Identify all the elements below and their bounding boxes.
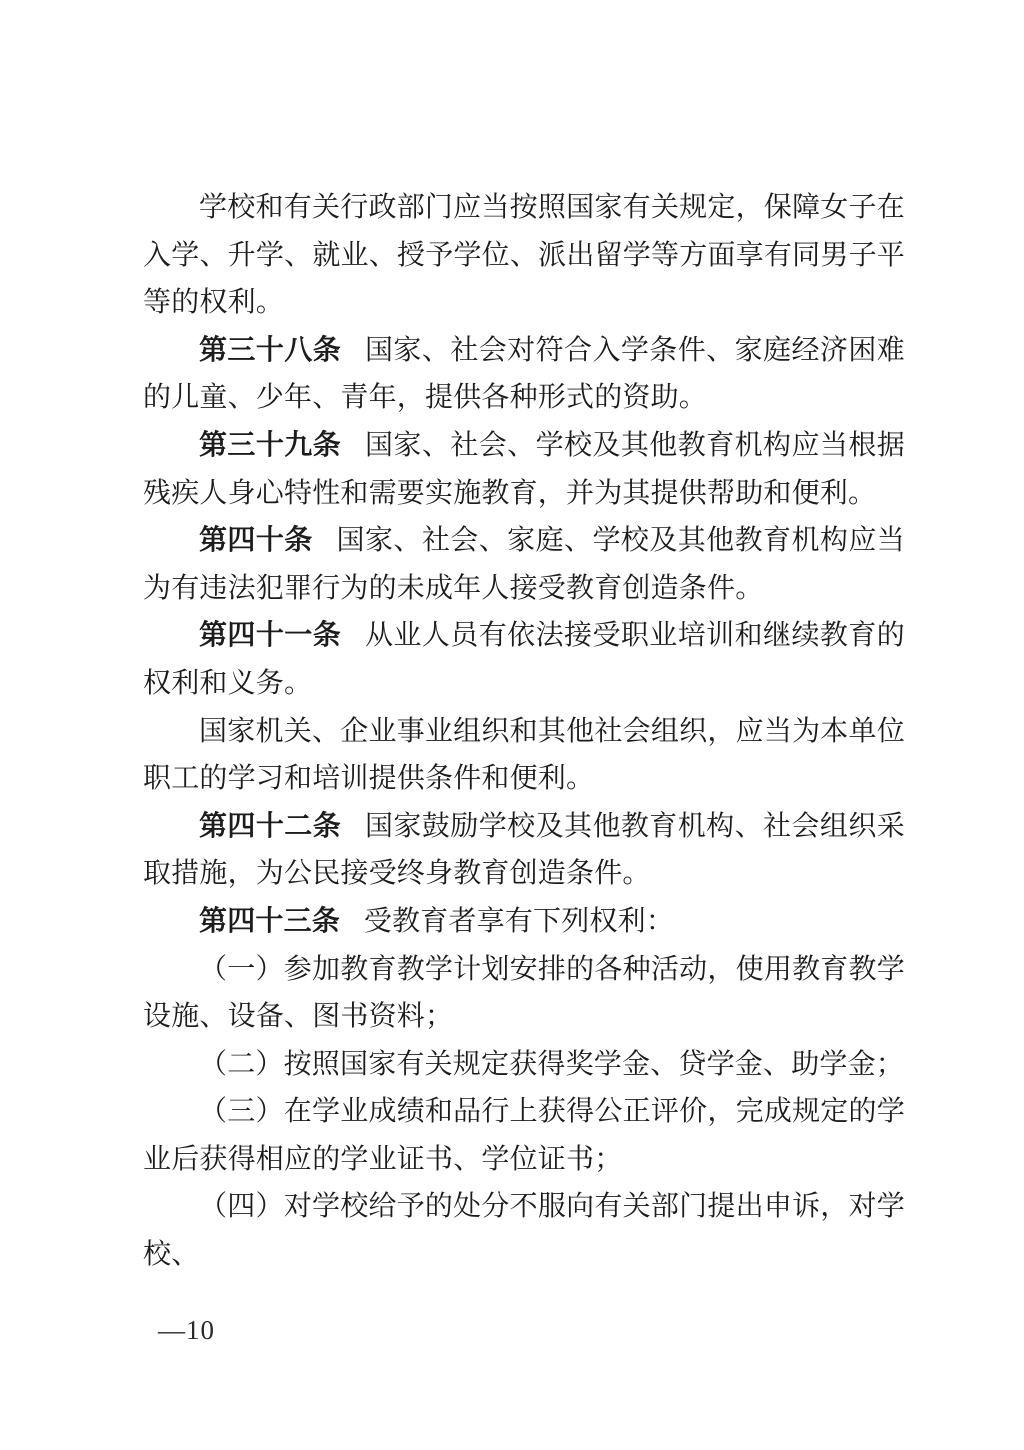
paragraph-text: （三）在学业成绩和品行上获得公正评价，完成规定的学业后获得相应的学业证书、学位证…	[143, 1096, 905, 1175]
article-paragraph: 第三十八条国家、社会对符合入学条件、家庭经济困难的儿童、少年、青年，提供各种形式…	[143, 327, 905, 422]
body-paragraph: （二）按照国家有关规定获得奖学金、贷学金、助学金；	[143, 1041, 905, 1089]
page-number: —10	[158, 1315, 215, 1346]
article-number: 第三十八条	[199, 335, 341, 366]
article-paragraph: 第四十二条国家鼓励学校及其他教育机构、社会组织采取措施，为公民接受终身教育创造条…	[143, 803, 905, 898]
article-number: 第四十一条	[199, 620, 341, 651]
paragraph-text: （四）对学校给予的处分不服向有关部门提出申诉，对学校、	[143, 1191, 905, 1270]
body-paragraph: （三）在学业成绩和品行上获得公正评价，完成规定的学业后获得相应的学业证书、学位证…	[143, 1088, 905, 1183]
article-paragraph: 第三十九条国家、社会、学校及其他教育机构应当根据残疾人身心特性和需要实施教育，并…	[143, 422, 905, 517]
body-paragraph: 国家机关、企业事业组织和其他社会组织，应当为本单位职工的学习和培训提供条件和便利…	[143, 708, 905, 803]
paragraph-text: （一）参加教育教学计划安排的各种活动，使用教育教学设施、设备、图书资料；	[143, 954, 905, 1033]
article-paragraph: 第四十一条从业人员有依法接受职业培训和继续教育的权利和义务。	[143, 612, 905, 707]
paragraph-text: 学校和有关行政部门应当按照国家有关规定，保障女子在入学、升学、就业、授予学位、派…	[143, 192, 905, 318]
paragraph-text: 国家机关、企业事业组织和其他社会组织，应当为本单位职工的学习和培训提供条件和便利…	[143, 716, 905, 795]
document-page: 学校和有关行政部门应当按照国家有关规定，保障女子在入学、升学、就业、授予学位、派…	[0, 0, 1024, 1450]
article-number: 第三十九条	[199, 430, 341, 461]
article-paragraph: 第四十条国家、社会、家庭、学校及其他教育机构应当为有违法犯罪行为的未成年人接受教…	[143, 517, 905, 612]
body-paragraph: （一）参加教育教学计划安排的各种活动，使用教育教学设施、设备、图书资料；	[143, 946, 905, 1041]
document-body: 学校和有关行政部门应当按照国家有关规定，保障女子在入学、升学、就业、授予学位、派…	[143, 184, 905, 1279]
paragraph-text: 受教育者享有下列权利：	[364, 906, 674, 937]
article-number: 第四十二条	[199, 811, 341, 842]
article-number: 第四十三条	[199, 906, 340, 937]
body-paragraph: （四）对学校给予的处分不服向有关部门提出申诉，对学校、	[143, 1183, 905, 1278]
article-paragraph: 第四十三条受教育者享有下列权利：	[143, 898, 905, 946]
article-number: 第四十条	[199, 525, 313, 556]
body-paragraph: 学校和有关行政部门应当按照国家有关规定，保障女子在入学、升学、就业、授予学位、派…	[143, 184, 905, 327]
paragraph-text: （二）按照国家有关规定获得奖学金、贷学金、助学金；	[199, 1049, 904, 1080]
